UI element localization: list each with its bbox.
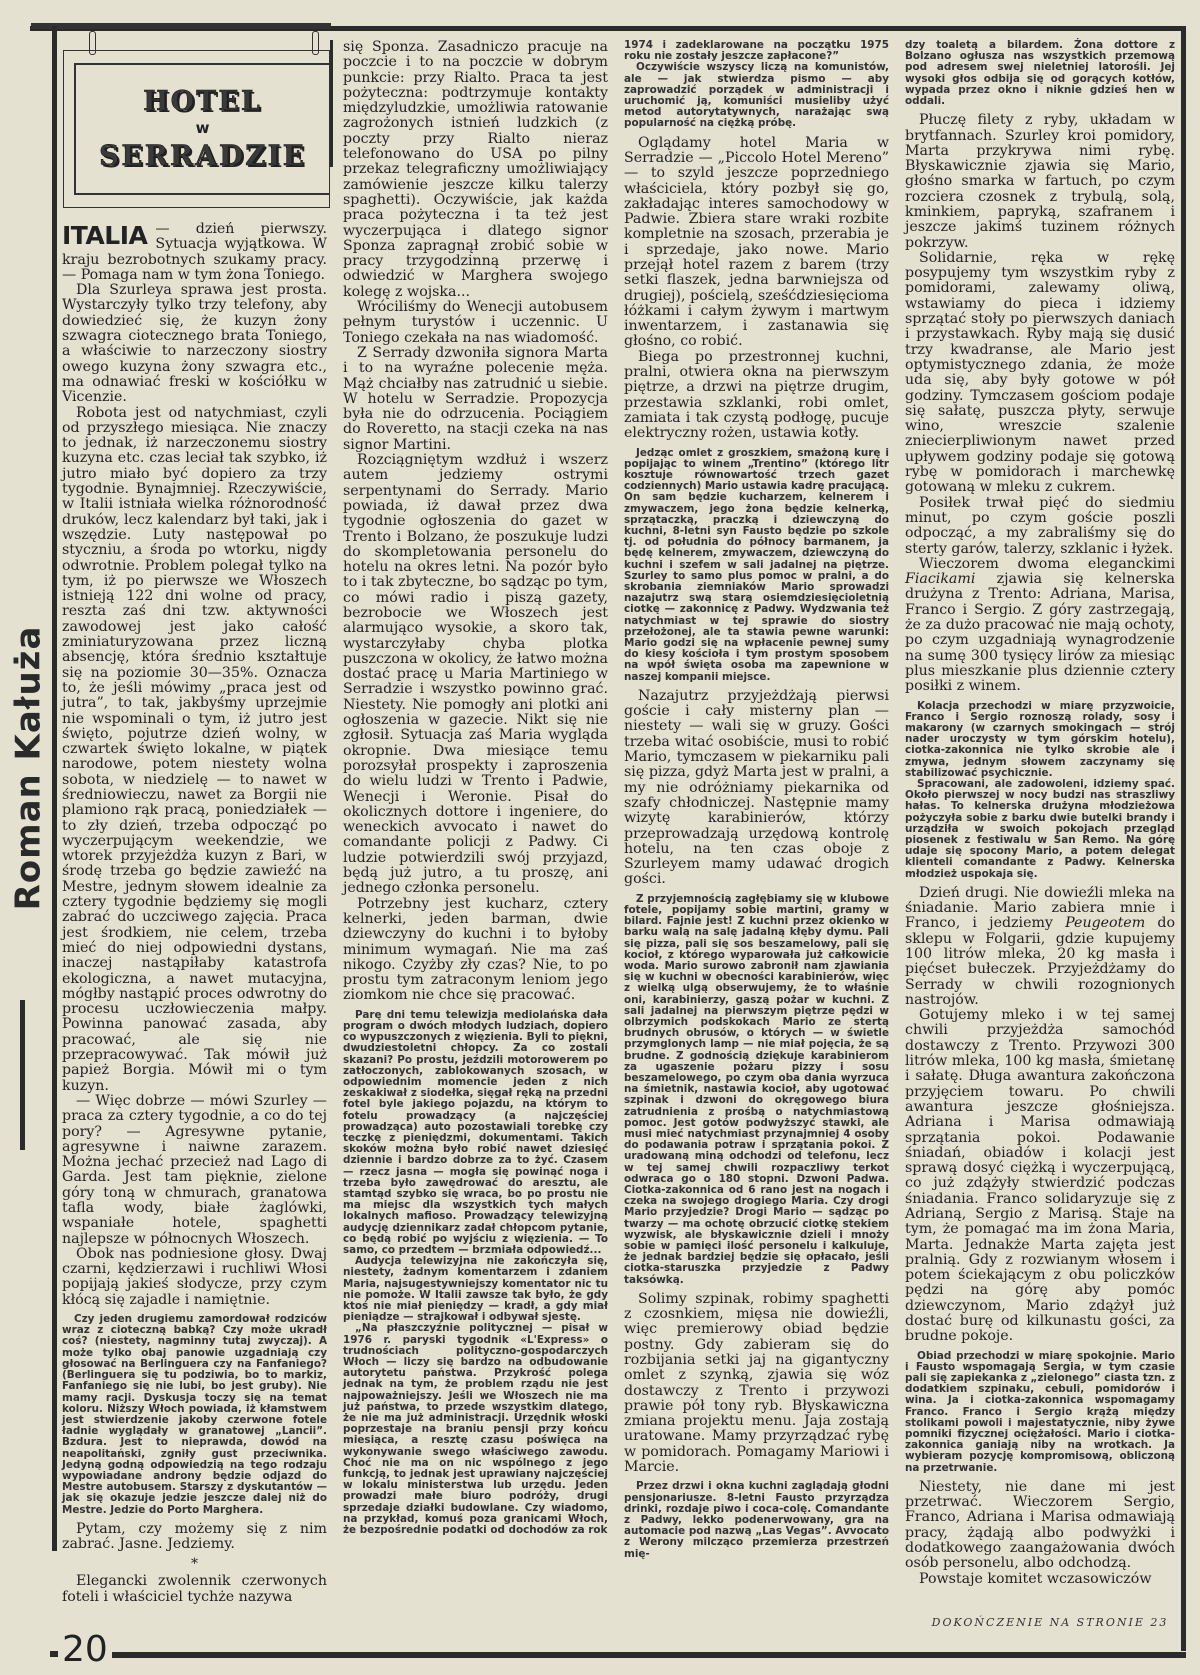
italic-term: Fiacikami — [905, 571, 975, 587]
paragraph: Wróciliśmy do Wenecji autobusem pełnym t… — [343, 300, 608, 346]
paragraph: — Więc dobrze — mówi Szurley — praca za … — [62, 1094, 327, 1247]
paragraph-small-print: „Na płaszczyźnie politycznej — pisał w 1… — [343, 1323, 608, 1536]
paragraph: Niestety, nie dane mi jest przetrwać. Wi… — [905, 1480, 1175, 1572]
paragraph: Płuczę filety z ryby, układam w brytfann… — [905, 113, 1175, 251]
paragraph: Pytam, czy możemy się z nim zabrać. Jasn… — [62, 1522, 327, 1553]
paragraph: się Sponza. Zasadniczo pracuje na poczci… — [343, 40, 608, 300]
paragraph-small-print: Obiad przechodzi w miarę spokojnie. Mari… — [905, 1351, 1175, 1474]
paragraph: Z Serrady dzwoniła signora Marta i to na… — [343, 346, 608, 453]
sign-hanger-bar — [31, 23, 331, 29]
paragraph-small-print: Oczywiście wszyscy liczą na komunistów, … — [624, 62, 889, 129]
paragraph: Rozciągniętym wzdłuż i wszerz autem jedz… — [343, 453, 608, 897]
paragraph: Oglądamy hotel Maria w Serradzie — „Picc… — [624, 136, 889, 350]
paragraph: Potrzebny jest kucharz, cztery kelnerki,… — [343, 897, 608, 1004]
paragraph: Wieczorem dwoma eleganckimi Fiacikami zj… — [905, 557, 1175, 695]
text-column-4: dzy toaletą a bilardem. Żona dottore z B… — [905, 40, 1175, 1587]
column-rule — [330, 40, 333, 167]
paragraph: Posiłek trwał pięć do siedmiu minut, po … — [905, 496, 1175, 557]
paragraph: Dzień drugi. Nie dowieźli mleka na śniad… — [905, 886, 1175, 1008]
paragraph-small-print: Przez drzwi i okna kuchni zaglądają głod… — [624, 1481, 889, 1559]
frame-rule-right — [1181, 26, 1186, 1651]
magazine-page: HOTEL w SERRADZIE Roman Kałuża ITALIA— d… — [0, 0, 1200, 1675]
text-column-3: 1974 i zadeklarowane na początku 1975 ro… — [624, 40, 889, 1560]
article-title-line-3: SERRADZIE — [99, 139, 306, 172]
continued-notice: DOKOŃCZENIE NA STRONIE 23 — [930, 1616, 1170, 1629]
paragraph: Robota jest od natychmiast, czyli od prz… — [62, 406, 327, 1094]
author-rule — [20, 1000, 25, 1150]
text-column-2: się Sponza. Zasadniczo pracuje na poczci… — [343, 40, 608, 1536]
paragraph-small-print: Czy jeden drugiemu zamordował rodziców w… — [62, 1314, 327, 1516]
author-name: Roman Kałuża — [8, 626, 48, 911]
lead-paragraph: ITALIA— dzień pierwszy. Sytuacja wyjątko… — [62, 222, 327, 283]
lead-word: ITALIA — [62, 222, 147, 250]
frame-rule-bottom — [70, 1652, 1186, 1658]
paragraph: ITALIA— dzień pierwszy. Sytuacja wyjątko… — [62, 222, 327, 283]
paragraph-small-print: dzy toaletą a bilardem. Żona dottore z B… — [905, 40, 1175, 107]
sign-post — [52, 26, 57, 1551]
paragraph: Gotujemy mleko i w tej samej chwili przy… — [905, 1008, 1175, 1345]
paragraph-small-print: Audycja telewizyjna nie zakończyła się, … — [343, 1256, 608, 1323]
paragraph-small-print: Jedząc omlet z groszkiem, smażoną kurę i… — [624, 448, 889, 683]
paragraph-small-print: Z przyjemnością zagłębiamy się w klubowe… — [624, 894, 889, 1286]
page-number: 20 — [58, 1630, 112, 1670]
section-break-asterisk: * — [62, 1556, 327, 1572]
paragraph: Solimy szpinak, robimy spaghetti z czosn… — [624, 1292, 889, 1476]
paragraph: Powstaje komitet wczasowiczów — [905, 1572, 1175, 1587]
paragraph: Biega po przestronnej kuchni, pralni, ot… — [624, 350, 889, 442]
author-byline: Roman Kałuża — [8, 548, 48, 988]
title-sign: HOTEL w SERRADZIE — [63, 50, 330, 208]
italic-term: Peugeotem — [1065, 915, 1145, 931]
paragraph-small-print: 1974 i zadeklarowane na początku 1975 ro… — [624, 40, 889, 62]
paragraph: Elegancki zwolennik czerwonych foteli i … — [62, 1574, 327, 1605]
article-title-line-1: HOTEL — [143, 86, 262, 117]
paragraph-small-print: Spracowani, ale zadowoleni, idziemy spać… — [905, 779, 1175, 880]
paragraph: Dla Szurleya sprawa jest prosta. Wystarc… — [62, 283, 327, 405]
paragraph-small-print: Parę dni temu telewizja mediolańska dała… — [343, 1010, 608, 1256]
text-column-1: ITALIA— dzień pierwszy. Sytuacja wyjątko… — [62, 222, 327, 1605]
paragraph-small-print: Kolacja przechodzi w miarę przyzwoicie, … — [905, 701, 1175, 779]
article-title-line-2: w — [196, 119, 210, 137]
paragraph: Obok nas podniesione głosy. Dwaj czarni,… — [62, 1247, 327, 1308]
paragraph: Solidarnie, ręka w rękę posypujemy tym w… — [905, 251, 1175, 496]
paragraph: Nazajutrz przyjeżdżają pierwsi goście i … — [624, 689, 889, 888]
